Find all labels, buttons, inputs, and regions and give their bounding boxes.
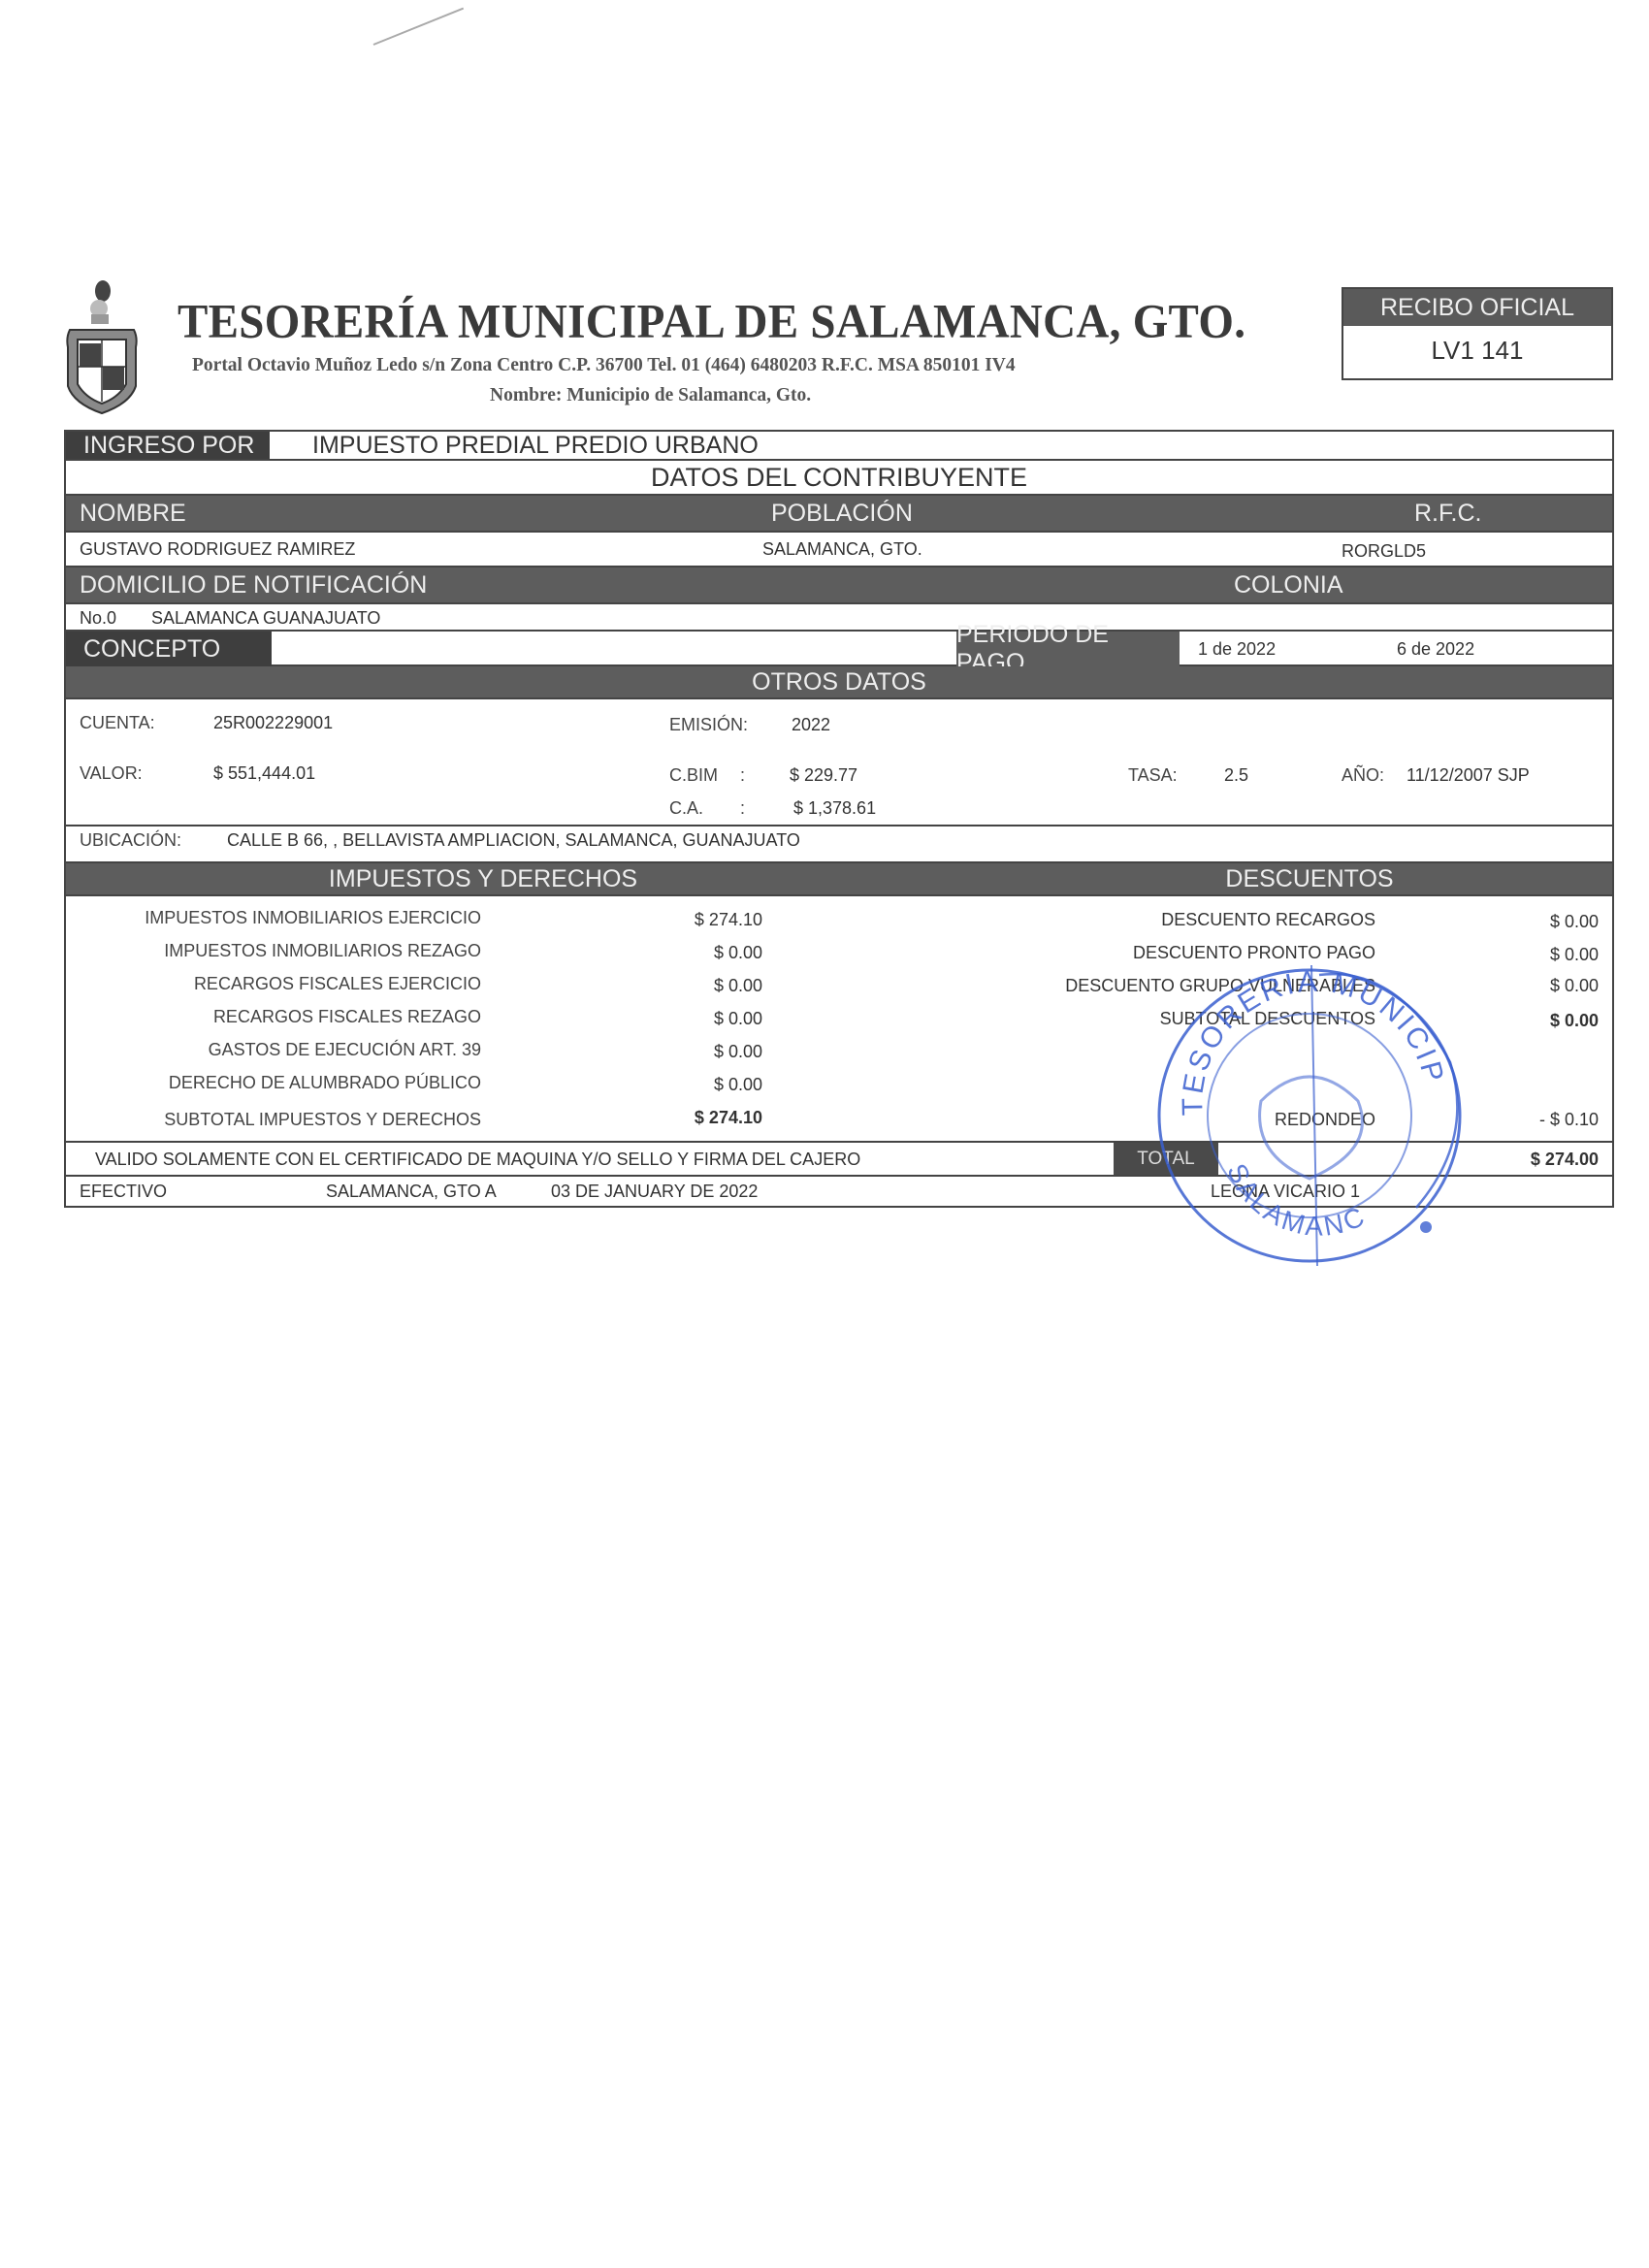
redondeo-label: REDONDEO xyxy=(1275,1110,1375,1130)
domicilio-values-row: No.0 SALAMANCA GUANAJUATO xyxy=(66,604,1612,632)
concepto-value xyxy=(272,632,956,666)
ca-value: $ 1,378.61 xyxy=(793,798,876,819)
descuento-item-label: DESCUENTO GRUPO VULNERABLES xyxy=(1065,976,1375,996)
impuesto-item-amount: $ 0.00 xyxy=(714,1009,762,1029)
impuesto-item-label: IMPUESTOS INMOBILIARIOS REZAGO xyxy=(164,941,481,961)
rfc-label: R.F.C. xyxy=(1414,496,1481,531)
ingreso-row: INGRESO POR IMPUESTO PREDIAL PREDIO URBA… xyxy=(66,432,1612,461)
header-address: Portal Octavio Muñoz Ledo s/n Zona Centr… xyxy=(192,355,1016,376)
fecha: 03 DE JANUARY DE 2022 xyxy=(551,1182,758,1202)
total-value: $ 274.00 xyxy=(1531,1150,1599,1170)
domicilio-label: DOMICILIO DE NOTIFICACIÓN xyxy=(80,567,427,602)
caja: LEONA VICARIO 1 xyxy=(1211,1182,1360,1202)
descuento-item-label: DESCUENTO PRONTO PAGO xyxy=(1133,943,1375,963)
concepto-label: CONCEPTO xyxy=(66,632,272,666)
descuento-item-amount: $ 0.00 xyxy=(1550,912,1599,932)
lugar: SALAMANCA, GTO A xyxy=(326,1182,497,1202)
recibo-number: LV1 141 xyxy=(1343,326,1611,378)
forma-pago: EFECTIVO xyxy=(80,1182,167,1202)
otros-datos-body: CUENTA: 25R002229001 EMISIÓN: 2022 VALOR… xyxy=(66,699,1612,826)
impuestos-title: IMPUESTOS Y DERECHOS xyxy=(66,863,900,894)
impuesto-item-amount: $ 0.00 xyxy=(714,976,762,996)
impuestos-subtotal-label: SUBTOTAL IMPUESTOS Y DERECHOS xyxy=(164,1110,481,1130)
ubicacion-value: CALLE B 66, , BELLAVISTA AMPLIACION, SAL… xyxy=(227,830,800,851)
impuestos-descuentos-body: IMPUESTOS INMOBILIARIOS EJERCICIO $ 274.… xyxy=(66,896,1612,1143)
impuesto-item-label: IMPUESTOS INMOBILIARIOS EJERCICIO xyxy=(145,908,481,928)
cuenta-value: 25R002229001 xyxy=(213,713,333,733)
contribuyente-values-row: GUSTAVO RODRIGUEZ RAMIREZ SALAMANCA, GTO… xyxy=(66,533,1612,567)
tasa-label: TASA: xyxy=(1128,765,1178,786)
ubicacion-label: UBICACIÓN: xyxy=(80,830,181,851)
impuesto-item-amount: $ 274.10 xyxy=(695,910,762,930)
ingreso-value: IMPUESTO PREDIAL PREDIO URBANO xyxy=(312,432,759,459)
tasa-value: 2.5 xyxy=(1224,765,1248,786)
domicilio-header-row: DOMICILIO DE NOTIFICACIÓN COLONIA xyxy=(66,567,1612,604)
valor-value: $ 551,444.01 xyxy=(213,763,315,784)
descuentos-subtotal-label: SUBTOTAL DESCUENTOS xyxy=(1160,1009,1375,1029)
domicilio-number: No.0 xyxy=(80,608,116,629)
nombre-value: GUSTAVO RODRIGUEZ RAMIREZ xyxy=(80,539,355,560)
efectivo-row: EFECTIVO SALAMANCA, GTO A 03 DE JANUARY … xyxy=(66,1177,1612,1206)
impuesto-item-amount: $ 0.00 xyxy=(714,943,762,963)
ubicacion-row: UBICACIÓN: CALLE B 66, , BELLAVISTA AMPL… xyxy=(66,826,1612,863)
periodo-label: PERIODO DE PAGO xyxy=(956,632,1180,666)
colonia-label: COLONIA xyxy=(1234,567,1343,602)
valor-label: VALOR: xyxy=(80,763,143,784)
impuesto-item-amount: $ 0.00 xyxy=(714,1042,762,1062)
descuentos-title: DESCUENTOS xyxy=(1135,863,1484,894)
cbim-colon: : xyxy=(740,765,745,786)
nombre-header-row: NOMBRE POBLACIÓN R.F.C. xyxy=(66,496,1612,533)
impuesto-item-label: GASTOS DE EJECUCIÓN ART. 39 xyxy=(209,1040,481,1060)
recibo-oficial-box: RECIBO OFICIAL LV1 141 xyxy=(1342,287,1613,380)
anio-value: 11/12/2007 SJP xyxy=(1406,765,1530,786)
impuesto-item-label: RECARGOS FISCALES EJERCICIO xyxy=(194,974,481,994)
otros-datos-title: OTROS DATOS xyxy=(66,666,1612,697)
descuento-item-label: DESCUENTO RECARGOS xyxy=(1161,910,1375,930)
rfc-value: RORGLD5 xyxy=(1342,541,1426,562)
poblacion-label: POBLACIÓN xyxy=(771,496,913,531)
page-title: TESORERÍA MUNICIPAL DE SALAMANCA, GTO. xyxy=(178,295,1245,350)
receipt-form: INGRESO POR IMPUESTO PREDIAL PREDIO URBA… xyxy=(64,430,1614,1208)
poblacion-value: SALAMANCA, GTO. xyxy=(762,539,922,560)
total-label: TOTAL xyxy=(1114,1143,1218,1175)
descuento-item-amount: $ 0.00 xyxy=(1550,945,1599,965)
descuentos-subtotal-value: $ 0.00 xyxy=(1550,1011,1599,1031)
impuesto-item-label: DERECHO DE ALUMBRADO PÚBLICO xyxy=(169,1073,481,1093)
ca-label: C.A. xyxy=(669,798,703,819)
impuesto-item-label: RECARGOS FISCALES REZAGO xyxy=(213,1007,481,1027)
pen-mark xyxy=(373,8,464,46)
periodo-desde: 1 de 2022 xyxy=(1198,639,1276,660)
anio-label: AÑO: xyxy=(1342,765,1384,786)
concepto-row: CONCEPTO PERIODO DE PAGO 1 de 2022 6 de … xyxy=(66,632,1612,666)
periodo-hasta: 6 de 2022 xyxy=(1397,639,1474,660)
cbim-value: $ 229.77 xyxy=(790,765,857,786)
nombre-label: NOMBRE xyxy=(80,496,186,531)
otros-datos-header-row: OTROS DATOS xyxy=(66,666,1612,699)
valido-row: VALIDO SOLAMENTE CON EL CERTIFICADO DE M… xyxy=(66,1143,1612,1177)
datos-contribuyente-row: DATOS DEL CONTRIBUYENTE xyxy=(66,461,1612,496)
recibo-oficial-label: RECIBO OFICIAL xyxy=(1343,289,1611,326)
descuento-item-amount: $ 0.00 xyxy=(1550,976,1599,996)
impuestos-subtotal-value: $ 274.10 xyxy=(695,1108,762,1128)
impuestos-descuentos-header: IMPUESTOS Y DERECHOS DESCUENTOS xyxy=(66,863,1612,896)
ingreso-label: INGRESO POR xyxy=(66,432,270,459)
domicilio-value: SALAMANCA GUANAJUATO xyxy=(151,608,380,629)
ca-colon: : xyxy=(740,798,745,819)
header-nombre: Nombre: Municipio de Salamanca, Gto. xyxy=(490,385,811,406)
datos-contribuyente-title: DATOS DEL CONTRIBUYENTE xyxy=(66,461,1612,494)
valido-text: VALIDO SOLAMENTE CON EL CERTIFICADO DE M… xyxy=(95,1150,860,1170)
impuesto-item-amount: $ 0.00 xyxy=(714,1075,762,1095)
redondeo-value: - $ 0.10 xyxy=(1539,1110,1599,1130)
emision-label: EMISIÓN: xyxy=(669,715,748,735)
cuenta-label: CUENTA: xyxy=(80,713,155,733)
cbim-label: C.BIM xyxy=(669,765,718,786)
coat-of-arms-icon xyxy=(64,279,140,415)
emision-value: 2022 xyxy=(792,715,830,735)
